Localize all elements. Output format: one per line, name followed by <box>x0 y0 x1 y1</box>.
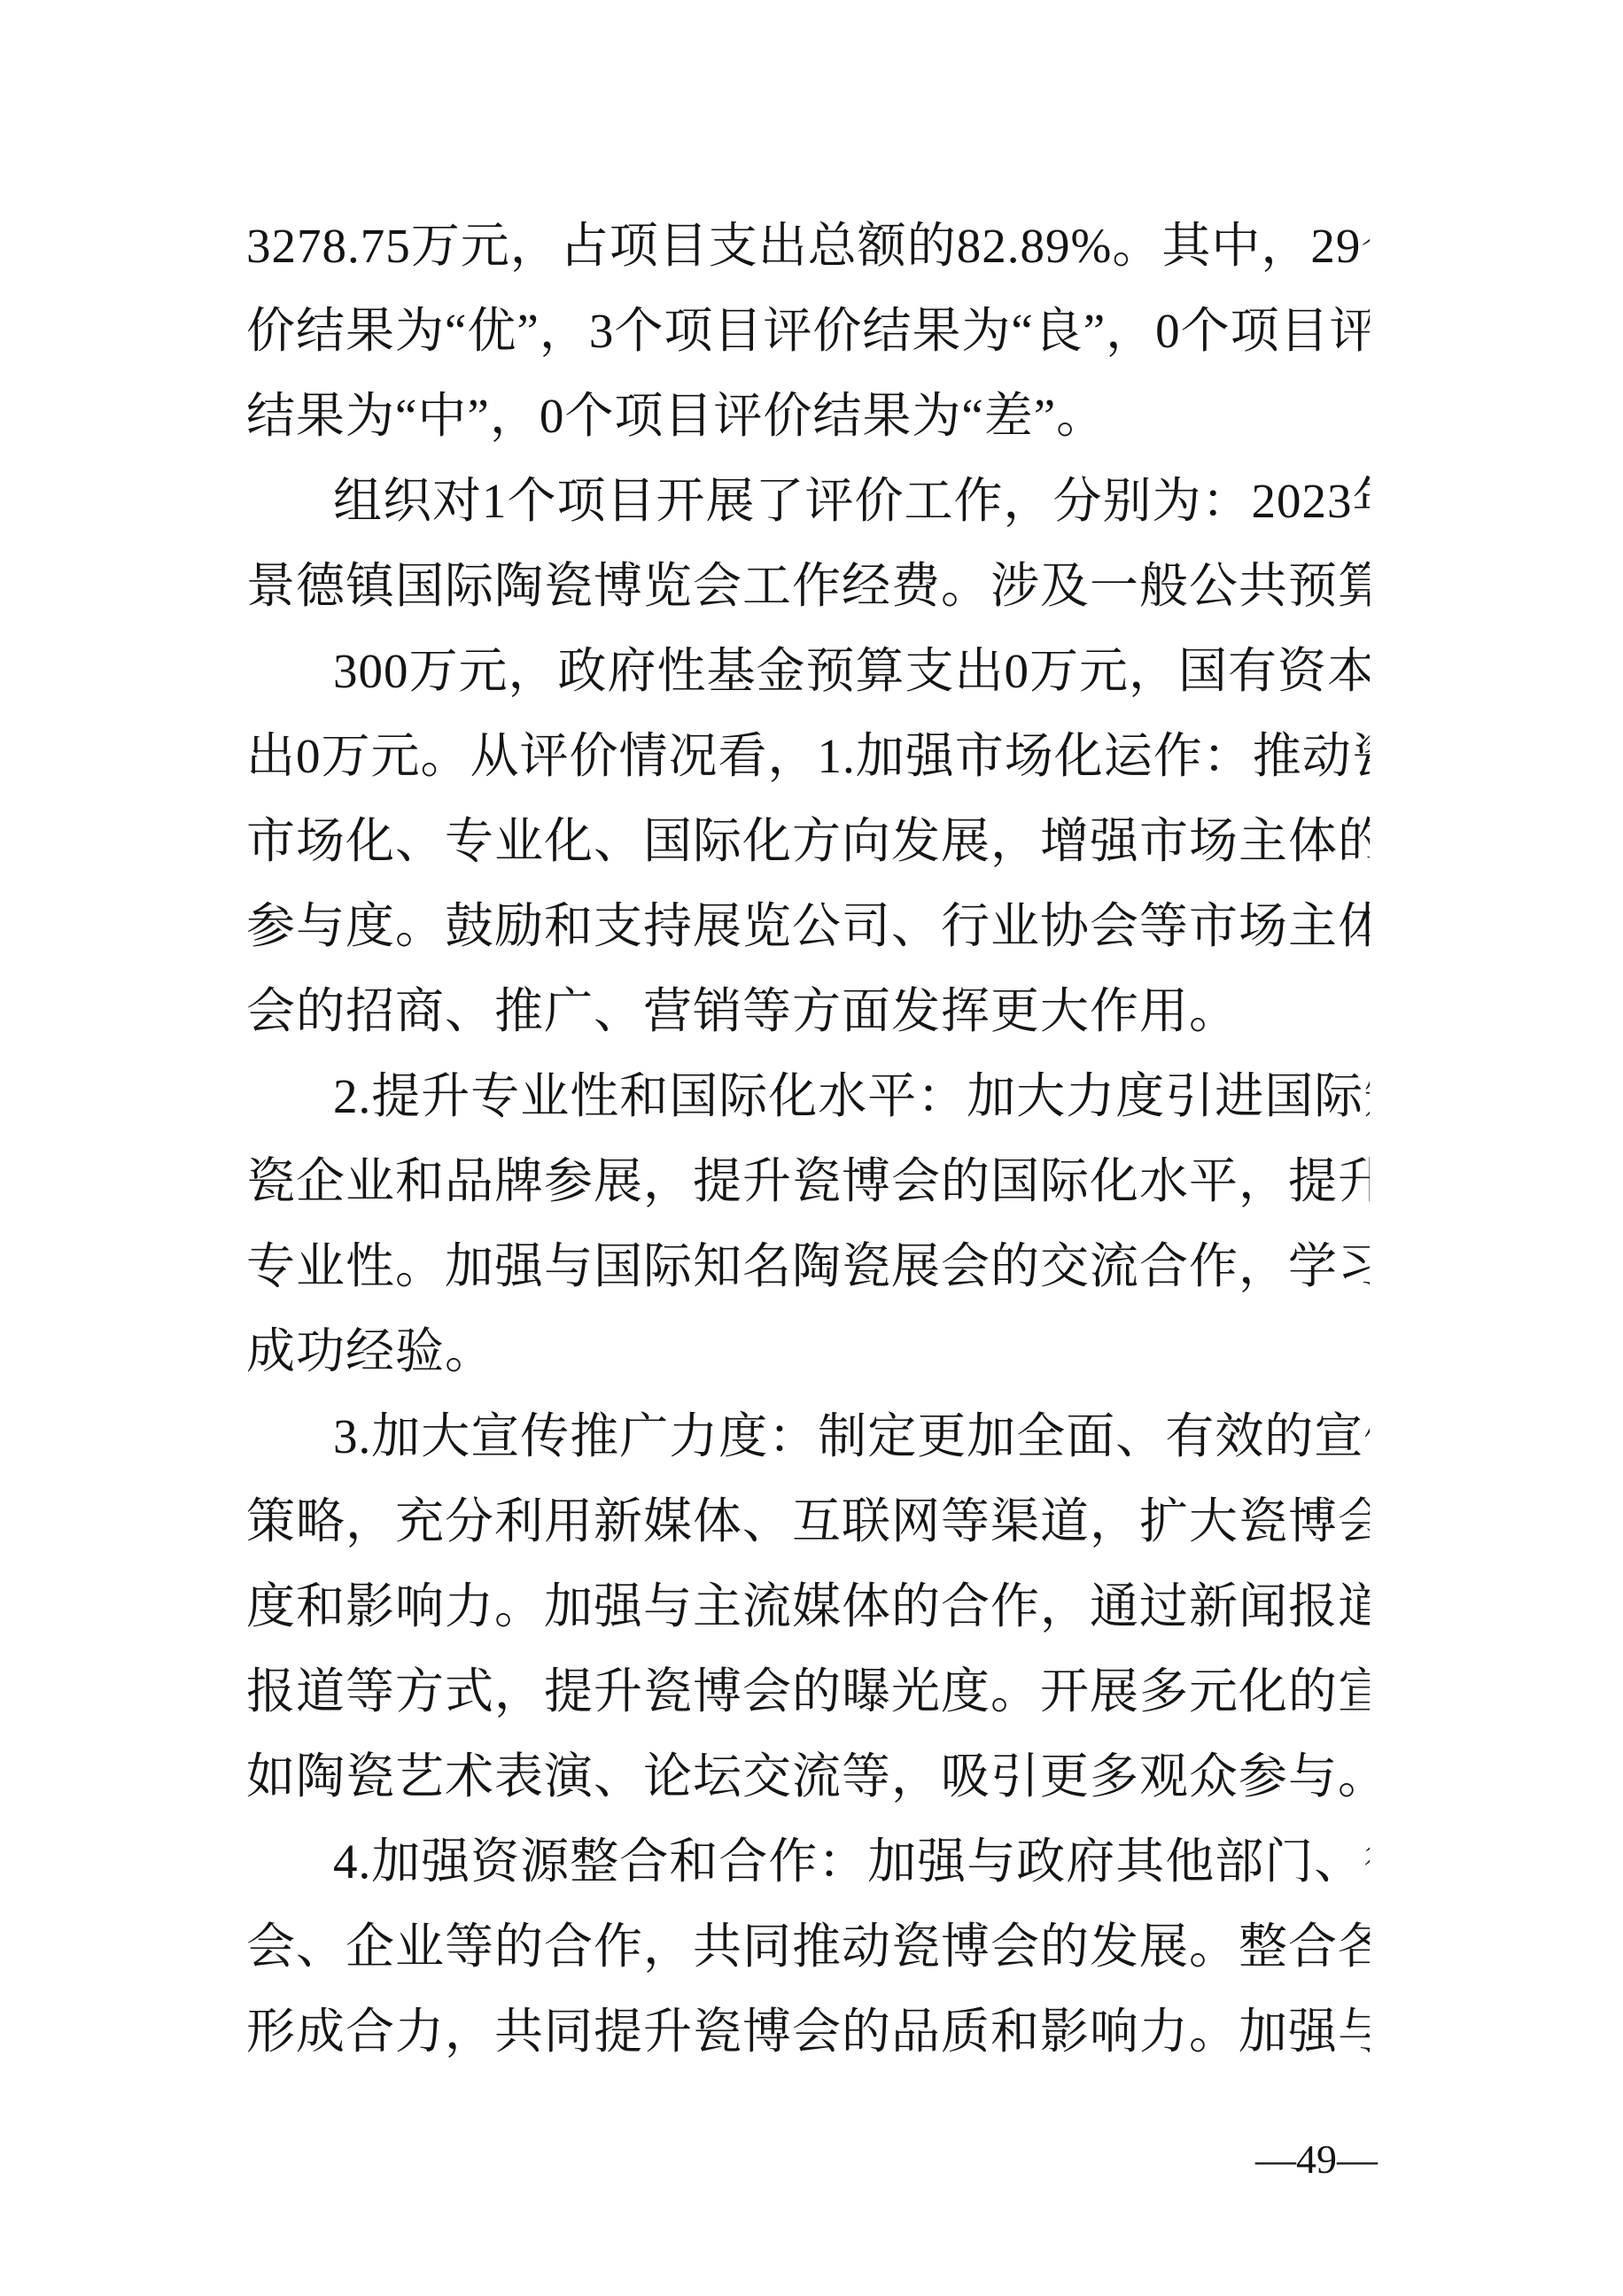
text-line: 300万元，政府性基金预算支出0万元，国有资本预算支 <box>246 629 1370 714</box>
text-line: 组织对1个项目开展了评价工作，分别为：2023年中国 <box>246 459 1370 544</box>
text-line: 景德镇国际陶瓷博览会工作经费。涉及一般公共预算支出 <box>246 544 1370 629</box>
page-number: —49— <box>1255 2133 1378 2186</box>
text-line: 出0万元。从评价情况看，1.加强市场化运作：推动瓷博会向 <box>246 714 1370 799</box>
text-line: 参与度。鼓励和支持展览公司、行业协会等市场主体在瓷博 <box>246 884 1370 969</box>
text-line: 4.加强资源整合和合作：加强与政府其他部门、行业协 <box>246 1819 1370 1904</box>
text-line: 会、企业等的合作，共同推动瓷博会的发展。整合各方资源， <box>246 1904 1370 1990</box>
document-body: 3278.75万元，占项目支出总额的82.89%。其中，29个项目评价结果为“优… <box>246 204 1370 2075</box>
text-line: 专业性。加强与国际知名陶瓷展会的交流合作，学习借鉴其 <box>246 1224 1370 1309</box>
text-line: 3278.75万元，占项目支出总额的82.89%。其中，29个项目评 <box>246 204 1370 289</box>
text-line: 如陶瓷艺术表演、论坛交流等，吸引更多观众参与。 <box>246 1734 1370 1819</box>
text-line: 3.加大宣传推广力度：制定更加全面、有效的宣传推广 <box>246 1394 1370 1479</box>
text-line: 市场化、专业化、国际化方向发展，增强市场主体的活力和 <box>246 799 1370 884</box>
text-line: 成功经验。 <box>246 1309 1370 1394</box>
text-line: 形成合力，共同提升瓷博会的品质和影响力。加强与国内外 <box>246 1990 1370 2075</box>
text-line: 价结果为“优”，3个项目评价结果为“良”，0个项目评价 <box>246 289 1370 374</box>
text-line: 结果为“中”，0个项目评价结果为“差”。 <box>246 374 1370 459</box>
text-line: 报道等方式，提升瓷博会的曝光度。开展多元化的宣传活动， <box>246 1649 1370 1734</box>
text-line: 策略，充分利用新媒体、互联网等渠道，扩大瓷博会的知名 <box>246 1479 1370 1564</box>
document-page: 3278.75万元，占项目支出总额的82.89%。其中，29个项目评价结果为“优… <box>0 0 1623 2296</box>
text-line: 度和影响力。加强与主流媒体的合作，通过新闻报道、专题 <box>246 1564 1370 1649</box>
text-line: 会的招商、推广、营销等方面发挥更大作用。 <box>246 969 1370 1054</box>
text-line: 2.提升专业性和国际化水平：加大力度引进国际知名陶 <box>246 1054 1370 1139</box>
text-line: 瓷企业和品牌参展，提升瓷博会的国际化水平，提升展会的 <box>246 1139 1370 1224</box>
